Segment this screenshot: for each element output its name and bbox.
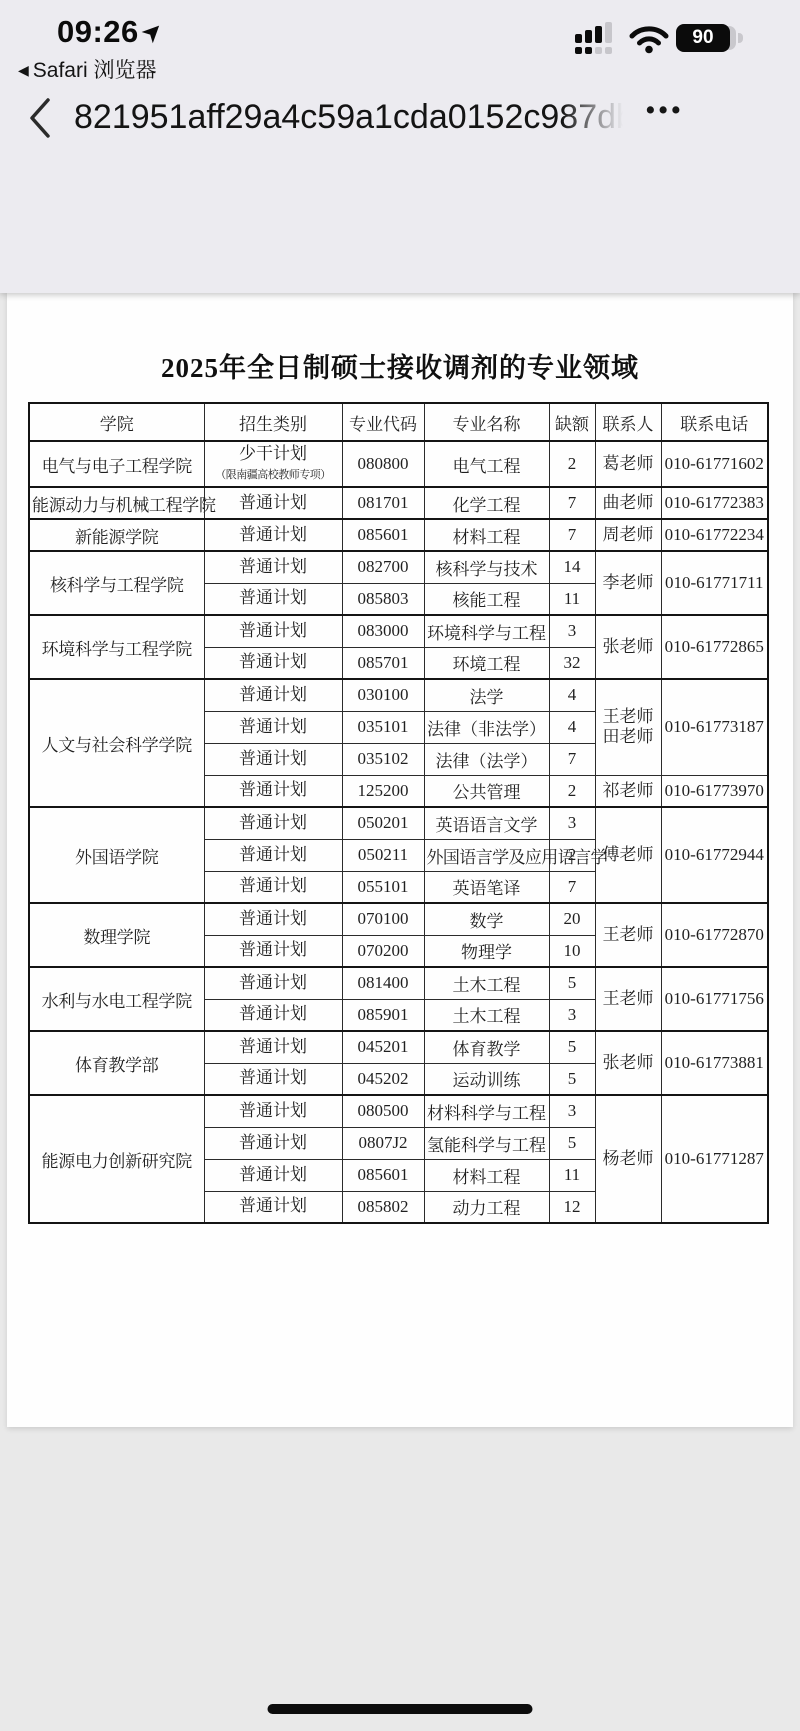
major-code-cell: 030100	[342, 679, 424, 711]
plan-cell: 普通计划	[204, 1191, 342, 1223]
vacancy-cell: 3	[549, 615, 595, 647]
vacancy-cell: 10	[549, 935, 595, 967]
major-name-cell: 物理学	[424, 935, 549, 967]
contact-phone-cell: 010-61773970	[661, 775, 768, 807]
major-name-cell: 法学	[424, 679, 549, 711]
vacancy-cell: 7	[549, 519, 595, 551]
contact-phone-cell: 010-61772865	[661, 615, 768, 679]
major-code-cell: 055101	[342, 871, 424, 903]
major-name-cell: 核能工程	[424, 583, 549, 615]
back-triangle-icon: ◀	[18, 62, 29, 78]
vacancy-cell: 2	[549, 441, 595, 487]
contact-phone-cell: 010-61771756	[661, 967, 768, 1031]
major-name-cell: 材料科学与工程	[424, 1095, 549, 1127]
vacancy-cell: 5	[549, 1063, 595, 1095]
battery-tip	[738, 33, 743, 43]
plan-cell: 少干计划（限南疆高校教师专项）	[204, 441, 342, 487]
plan-cell: 普通计划	[204, 743, 342, 775]
vacancy-cell: 12	[549, 1191, 595, 1223]
major-code-cell: 035102	[342, 743, 424, 775]
contact-phone-cell: 010-61772944	[661, 807, 768, 903]
contact-name-cell: 葛老师	[595, 441, 661, 487]
plan-cell: 普通计划	[204, 1031, 342, 1063]
college-cell: 人文与社会科学学院	[29, 679, 204, 807]
vacancy-cell: 5	[549, 1127, 595, 1159]
major-code-cell: 035101	[342, 711, 424, 743]
back-to-safari-label: Safari 浏览器	[33, 59, 157, 82]
major-code-cell: 085802	[342, 1191, 424, 1223]
table-row: 人文与社会科学学院普通计划030100法学4王老师田老师010-61773187	[29, 679, 768, 711]
major-name-cell: 外国语言学及应用语言学	[424, 839, 549, 871]
nav-bar: 821951aff29a4c59a1cda0152c987db5 •••	[0, 88, 800, 148]
plan-cell: 普通计划	[204, 583, 342, 615]
table-row: 电气与电子工程学院少干计划（限南疆高校教师专项）080800电气工程2葛老师01…	[29, 441, 768, 487]
major-name-cell: 环境工程	[424, 647, 549, 679]
table-row: 新能源学院普通计划085601材料工程7周老师010-61772234	[29, 519, 768, 551]
vacancy-cell: 7	[549, 743, 595, 775]
major-code-cell: 080500	[342, 1095, 424, 1127]
major-code-cell: 081400	[342, 967, 424, 999]
vacancy-cell: 5	[549, 1031, 595, 1063]
column-header: 缺额	[549, 403, 595, 441]
contact-name-cell: 张老师	[595, 615, 661, 679]
contact-name-cell: 曲老师	[595, 487, 661, 519]
document-page: 2025年全日制硕士接收调剂的专业领域 学院招生类别专业代码专业名称缺额联系人联…	[7, 293, 793, 1427]
college-cell: 能源动力与机械工程学院	[29, 487, 204, 519]
major-code-cell: 050211	[342, 839, 424, 871]
major-name-cell: 数学	[424, 903, 549, 935]
college-cell: 核科学与工程学院	[29, 551, 204, 615]
column-header: 联系电话	[661, 403, 768, 441]
major-code-cell: 080800	[342, 441, 424, 487]
wifi-icon	[629, 24, 669, 54]
major-name-cell: 运动训练	[424, 1063, 549, 1095]
contact-phone-cell: 010-61772383	[661, 487, 768, 519]
contact-name-cell: 王老师	[595, 903, 661, 967]
major-name-cell: 材料工程	[424, 1159, 549, 1191]
vacancy-cell: 14	[549, 551, 595, 583]
college-cell: 外国语学院	[29, 807, 204, 903]
major-name-cell: 土木工程	[424, 967, 549, 999]
major-code-cell: 045201	[342, 1031, 424, 1063]
major-name-cell: 体育教学	[424, 1031, 549, 1063]
major-name-cell: 英语笔译	[424, 871, 549, 903]
vacancy-cell: 32	[549, 647, 595, 679]
contact-phone-cell: 010-61771711	[661, 551, 768, 615]
contact-phone-cell: 010-61772234	[661, 519, 768, 551]
major-name-cell: 英语语言文学	[424, 807, 549, 839]
major-name-cell: 动力工程	[424, 1191, 549, 1223]
major-code-cell: 085601	[342, 519, 424, 551]
location-arrow-icon: ➤	[134, 14, 170, 50]
column-header: 专业名称	[424, 403, 549, 441]
major-code-cell: 081701	[342, 487, 424, 519]
contact-name-cell: 杨老师	[595, 1095, 661, 1223]
plan-cell: 普通计划	[204, 999, 342, 1031]
table-row: 核科学与工程学院普通计划082700核科学与技术14李老师010-6177171…	[29, 551, 768, 583]
contact-phone-cell: 010-61773881	[661, 1031, 768, 1095]
plan-cell: 普通计划	[204, 903, 342, 935]
contact-phone-cell: 010-61771287	[661, 1095, 768, 1223]
specialties-table: 学院招生类别专业代码专业名称缺额联系人联系电话电气与电子工程学院少干计划（限南疆…	[28, 402, 769, 1224]
major-name-cell: 法律（非法学）	[424, 711, 549, 743]
table-row: 外国语学院普通计划050201英语语言文学3傅老师010-61772944	[29, 807, 768, 839]
plan-cell: 普通计划	[204, 679, 342, 711]
vacancy-cell: 4	[549, 679, 595, 711]
vacancy-cell: 3	[549, 807, 595, 839]
major-name-cell: 核科学与技术	[424, 551, 549, 583]
column-header: 联系人	[595, 403, 661, 441]
screen: 09:26 ➤ ◀Safari 浏览器 90 821951aff2	[0, 0, 800, 1731]
contact-name-cell: 张老师	[595, 1031, 661, 1095]
major-code-cell: 082700	[342, 551, 424, 583]
more-options-button[interactable]: •••	[646, 96, 684, 125]
back-button[interactable]	[24, 94, 56, 142]
back-to-safari-button[interactable]: ◀Safari 浏览器	[18, 54, 156, 84]
vacancy-cell: 11	[549, 1159, 595, 1191]
chevron-left-icon	[32, 100, 48, 136]
major-code-cell: 050201	[342, 807, 424, 839]
column-header: 招生类别	[204, 403, 342, 441]
contact-name-cell: 李老师	[595, 551, 661, 615]
major-code-cell: 085601	[342, 1159, 424, 1191]
column-header: 专业代码	[342, 403, 424, 441]
plan-cell: 普通计划	[204, 487, 342, 519]
major-name-cell: 氢能科学与工程	[424, 1127, 549, 1159]
major-name-cell: 土木工程	[424, 999, 549, 1031]
major-code-cell: 085701	[342, 647, 424, 679]
vacancy-cell: 20	[549, 903, 595, 935]
table-row: 体育教学部普通计划045201体育教学5张老师010-61773881	[29, 1031, 768, 1063]
college-cell: 能源电力创新研究院	[29, 1095, 204, 1223]
nav-title: 821951aff29a4c59a1cda0152c987db5	[74, 88, 634, 148]
table-row: 水利与水电工程学院普通计划081400土木工程5王老师010-61771756	[29, 967, 768, 999]
plan-cell: 普通计划	[204, 1127, 342, 1159]
plan-cell: 普通计划	[204, 967, 342, 999]
vacancy-cell: 11	[549, 583, 595, 615]
nav-title-text: 821951aff29a4c59a1cda0152c987db5	[74, 98, 634, 136]
contact-name-cell: 周老师	[595, 519, 661, 551]
major-name-cell: 化学工程	[424, 487, 549, 519]
major-name-cell: 法律（法学）	[424, 743, 549, 775]
major-code-cell: 085901	[342, 999, 424, 1031]
contact-phone-cell: 010-61771602	[661, 441, 768, 487]
table-row: 能源电力创新研究院普通计划080500材料科学与工程3杨老师010-617712…	[29, 1095, 768, 1127]
battery-indicator: 90	[676, 24, 748, 52]
major-name-cell: 环境科学与工程	[424, 615, 549, 647]
vacancy-cell: 7	[549, 871, 595, 903]
contact-name-cell: 王老师	[595, 967, 661, 1031]
plan-cell: 普通计划	[204, 711, 342, 743]
vacancy-cell: 4	[549, 711, 595, 743]
document-heading: 2025年全日制硕士接收调剂的专业领域	[7, 293, 793, 385]
plan-cell: 普通计划	[204, 519, 342, 551]
vacancy-cell: 3	[549, 999, 595, 1031]
plan-cell: 普通计划	[204, 775, 342, 807]
major-code-cell: 125200	[342, 775, 424, 807]
plan-cell: 普通计划	[204, 935, 342, 967]
major-code-cell: 070200	[342, 935, 424, 967]
column-header: 学院	[29, 403, 204, 441]
major-code-cell: 0807J2	[342, 1127, 424, 1159]
contact-phone-cell: 010-61772870	[661, 903, 768, 967]
major-code-cell: 070100	[342, 903, 424, 935]
contact-name-cell: 祁老师	[595, 775, 661, 807]
vacancy-cell: 3	[549, 1095, 595, 1127]
major-name-cell: 材料工程	[424, 519, 549, 551]
vacancy-cell: 7	[549, 487, 595, 519]
table-row: 能源动力与机械工程学院普通计划081701化学工程7曲老师010-6177238…	[29, 487, 768, 519]
major-name-cell: 公共管理	[424, 775, 549, 807]
college-cell: 电气与电子工程学院	[29, 441, 204, 487]
plan-cell: 普通计划	[204, 1159, 342, 1191]
home-indicator[interactable]	[268, 1704, 533, 1714]
college-cell: 环境科学与工程学院	[29, 615, 204, 679]
title-fade	[562, 88, 634, 148]
major-code-cell: 045202	[342, 1063, 424, 1095]
plan-cell: 普通计划	[204, 839, 342, 871]
status-time: 09:26	[57, 14, 139, 50]
contact-name-cell: 王老师田老师	[595, 679, 661, 775]
college-cell: 体育教学部	[29, 1031, 204, 1095]
plan-cell: 普通计划	[204, 647, 342, 679]
cellular-signal-icon	[575, 22, 613, 54]
college-cell: 水利与水电工程学院	[29, 967, 204, 1031]
college-cell: 新能源学院	[29, 519, 204, 551]
vacancy-cell: 5	[549, 967, 595, 999]
major-code-cell: 083000	[342, 615, 424, 647]
battery-percent: 90	[676, 24, 730, 52]
contact-phone-cell: 010-61773187	[661, 679, 768, 775]
vacancy-cell: 2	[549, 775, 595, 807]
table-row: 数理学院普通计划070100数学20王老师010-61772870	[29, 903, 768, 935]
major-name-cell: 电气工程	[424, 441, 549, 487]
browser-chrome: 09:26 ➤ ◀Safari 浏览器 90 821951aff2	[0, 0, 800, 293]
plan-cell: 普通计划	[204, 551, 342, 583]
plan-cell: 普通计划	[204, 1095, 342, 1127]
plan-cell: 普通计划	[204, 1063, 342, 1095]
plan-cell: 普通计划	[204, 615, 342, 647]
plan-cell: 普通计划	[204, 807, 342, 839]
plan-note: （限南疆高校教师专项）	[215, 469, 331, 481]
major-code-cell: 085803	[342, 583, 424, 615]
college-cell: 数理学院	[29, 903, 204, 967]
table-row: 环境科学与工程学院普通计划083000环境科学与工程3张老师010-617728…	[29, 615, 768, 647]
plan-cell: 普通计划	[204, 871, 342, 903]
